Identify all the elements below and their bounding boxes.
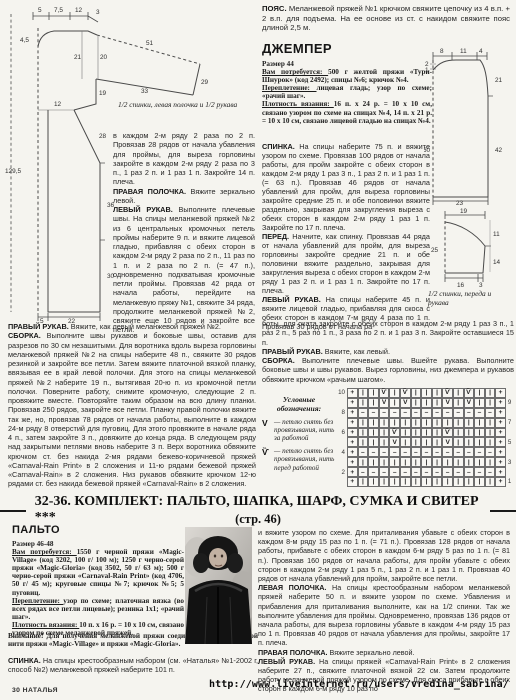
- measure-label: 16: [457, 282, 465, 288]
- paragraph: ПРАВАЯ ПОЛОЧКА. Вяжите зеркально левой.: [113, 187, 255, 206]
- chart-cell: |: [453, 457, 464, 467]
- chart-row-number: 1: [506, 477, 516, 487]
- chart-row-number: 2: [336, 467, 347, 477]
- chart-cell: |: [389, 418, 400, 428]
- chart-row-number: 10: [336, 388, 347, 398]
- requirement-line: Вам потребуется: 1550 г черной пряжи «Ma…: [12, 548, 184, 597]
- chart-cell: +: [347, 418, 358, 428]
- chart-cell: –: [358, 447, 369, 457]
- chart-cell: |: [453, 477, 464, 487]
- chart-cell: |: [411, 457, 422, 467]
- chart-cell: –: [442, 467, 453, 477]
- coat-heading: ПАЛЬТО: [12, 524, 60, 536]
- chart-row-number: 4: [336, 447, 347, 457]
- model-photo: [185, 527, 252, 644]
- chart-cell: –: [389, 408, 400, 418]
- chart-cell: |: [421, 437, 432, 447]
- chart-cell: +: [495, 418, 506, 428]
- chart-cell: –: [400, 447, 411, 457]
- chart-row-number: 3: [506, 457, 516, 467]
- chart-row-number: [506, 408, 516, 418]
- paragraph: и вяжите узором по схеме. Для приталиван…: [258, 528, 510, 583]
- chart-cell: –: [368, 447, 379, 457]
- jumper-diagram-caption: 1/2 спинки, переда и рукава: [428, 290, 510, 308]
- chart-row-number: [336, 477, 347, 487]
- chart-cell: –: [421, 447, 432, 457]
- chart-cell: –: [421, 467, 432, 477]
- chart-cell: Ѷ: [442, 428, 453, 438]
- paragraph: ПРАВАЯ ПОЛОЧКА. Вяжите зеркально левой.: [258, 648, 510, 657]
- page-number: 30 НАТАЛЬЯ: [12, 687, 58, 694]
- chart-cell: –: [389, 447, 400, 457]
- chart-cell: –: [358, 467, 369, 477]
- chart-cell: –: [389, 467, 400, 477]
- chart-cell: |: [400, 418, 411, 428]
- chart-cell: |: [432, 398, 443, 408]
- chart-cell: |: [358, 388, 369, 398]
- measure-label: 19: [99, 90, 107, 97]
- requirement-line: Вам потребуется: 500 г желтой пряжи «Тур…: [262, 68, 432, 84]
- measure-label: 60: [424, 147, 431, 154]
- chart-cell: |: [389, 398, 400, 408]
- chart-cell: |: [400, 477, 411, 487]
- chart-cell: |: [389, 457, 400, 467]
- measure-label: 25: [431, 247, 439, 254]
- chart-cell: –: [485, 408, 496, 418]
- chart-row-number: 8: [336, 408, 347, 418]
- requirement-line: Размер 44: [262, 60, 432, 68]
- chart-row-number: 7: [506, 418, 516, 428]
- measure-label: 28: [99, 133, 107, 140]
- chart-cell: |: [421, 457, 432, 467]
- legend-item: Ѷ — петлю снять без провязывания, нить п…: [262, 447, 336, 472]
- chart-cell: +: [347, 447, 358, 457]
- chart-cell: |: [400, 437, 411, 447]
- chart-cell: |: [453, 437, 464, 447]
- measure-label: 129,5: [5, 168, 21, 175]
- chart-cell: +: [495, 477, 506, 487]
- jumper-body-diagram: 8 11 4 2 1 21 60 42 23: [424, 44, 516, 206]
- chart-row-number: 5: [506, 437, 516, 447]
- measure-label: 19: [460, 208, 468, 215]
- chart-cell: +: [347, 467, 358, 477]
- requirement-line: Переплетение: лицевая гладь; узор по схе…: [262, 84, 432, 100]
- chart-cell: |: [474, 477, 485, 487]
- chart-cell: |: [464, 477, 475, 487]
- chart-cell: –: [368, 467, 379, 477]
- legend-title: Условные обозначения:: [262, 396, 336, 414]
- paragraph: в каждом 2-м ряду 2 раза по 2 п. Провяза…: [113, 131, 255, 187]
- measure-label: 3: [479, 282, 483, 288]
- paragraph: боты, для оката закройте с обеих сторон …: [262, 319, 514, 347]
- chart-cell: Ѷ: [400, 388, 411, 398]
- jumper-heading: ДЖЕМПЕР: [262, 41, 332, 56]
- requirement-line: Плотность вязания: 16 п. х 24 р. = 10 х …: [262, 100, 432, 124]
- chart-cell: V: [379, 398, 390, 408]
- chart-cell: |: [421, 418, 432, 428]
- chart-cell: V: [464, 398, 475, 408]
- chart-cell: |: [368, 388, 379, 398]
- chart-cell: |: [453, 428, 464, 438]
- chart-cell: +: [495, 408, 506, 418]
- chart-cell: –: [368, 408, 379, 418]
- measure-label: 29: [201, 79, 209, 86]
- paragraph: ПОЯС. Меланжевой пряжей №1 крючком свяжи…: [262, 4, 510, 33]
- chart-cell: Ѷ: [389, 428, 400, 438]
- chart-cell: +: [347, 437, 358, 447]
- measure-label: 11: [460, 48, 467, 55]
- chart-cell: –: [411, 408, 422, 418]
- measure-label: 1: [425, 67, 429, 74]
- chart-cell: +: [495, 437, 506, 447]
- chart-cell: |: [464, 428, 475, 438]
- chart-cell: |: [485, 418, 496, 428]
- coat-diagram-caption: 1/2 спинки, левая полочка и 1/2 рукава: [118, 101, 256, 110]
- chart-cell: |: [358, 428, 369, 438]
- jumper-text-narrow-column: СПИНКА. На спицы наберите 75 п. и вяжите…: [262, 142, 430, 331]
- chart-cell: +: [347, 408, 358, 418]
- chart-cell: |: [485, 457, 496, 467]
- chart-cell: |: [368, 457, 379, 467]
- symbol-legend: Условные обозначения: V — петлю снять бе…: [262, 396, 336, 476]
- chart-row-number: 9: [506, 398, 516, 408]
- chart-cell: |: [432, 418, 443, 428]
- chart-cell: V: [442, 437, 453, 447]
- coat-text-wide-column: ПРАВЫЙ РУКАВ. Вяжите, как левый меланжев…: [8, 322, 256, 489]
- chart-cell: –: [453, 447, 464, 457]
- chart-cell: Ѷ: [464, 388, 475, 398]
- slip-stitch-front-icon: Ѷ: [262, 447, 271, 472]
- measure-label: 12: [75, 7, 83, 14]
- chart-cell: +: [347, 398, 358, 408]
- measure-label: 12: [54, 101, 62, 108]
- chart-cell: –: [464, 467, 475, 477]
- chart-cell: |: [474, 418, 485, 428]
- measure-label: 5: [38, 7, 42, 14]
- chart-cell: –: [400, 467, 411, 477]
- chart-cell: –: [400, 408, 411, 418]
- chart-cell: |: [485, 398, 496, 408]
- paragraph: СПИНКА. На спицы крестообразным набором …: [8, 656, 258, 675]
- chart-cell: |: [411, 398, 422, 408]
- legend-item: V — петлю снять без провязывания, нить з…: [262, 418, 336, 443]
- chart-cell: |: [474, 457, 485, 467]
- chart-cell: |: [368, 398, 379, 408]
- chart-cell: –: [421, 408, 432, 418]
- legend-item-text: — петлю снять без провязывания, нить за …: [274, 418, 336, 443]
- chart-cell: –: [485, 447, 496, 457]
- coat-text-right-column: и вяжите узором по схеме. Для приталиван…: [258, 528, 510, 694]
- chart-cell: –: [379, 467, 390, 477]
- chart-cell: |: [421, 428, 432, 438]
- chart-cell: Ѷ: [379, 388, 390, 398]
- chart-row-number: [336, 398, 347, 408]
- chart-cell: |: [485, 388, 496, 398]
- paragraph: СБОРКА. Выполните швы рукавов и боковые …: [8, 331, 256, 488]
- chart-cell: |: [389, 477, 400, 487]
- chart-row-number: [506, 388, 516, 398]
- measure-label: 42: [495, 147, 503, 154]
- chart-cell: |: [442, 418, 453, 428]
- measure-label: 7,5: [54, 7, 63, 14]
- chart-cell: |: [474, 428, 485, 438]
- chart-cell: –: [411, 467, 422, 477]
- watermark-url: http://www.liveinternet.ru/users/vredina…: [209, 679, 509, 690]
- chart-cell: |: [411, 437, 422, 447]
- chart-row-number: [506, 467, 516, 477]
- chart-cell: –: [485, 467, 496, 477]
- chart-cell: |: [358, 418, 369, 428]
- measure-label: 11: [493, 231, 500, 238]
- jumper-requirements: Размер 44Вам потребуется: 500 г желтой п…: [262, 60, 432, 125]
- chart-cell: |: [358, 477, 369, 487]
- chart-cell: |: [368, 437, 379, 447]
- chart-cell: |: [453, 418, 464, 428]
- chart-cell: |: [368, 418, 379, 428]
- chart-cell: |: [464, 418, 475, 428]
- chart-cell: –: [411, 447, 422, 457]
- chart-cell: –: [432, 447, 443, 457]
- chart-cell: +: [495, 457, 506, 467]
- chart-cell: |: [432, 457, 443, 467]
- paragraph: ЛЕВЫЙ РУКАВ. Выполните плечевые швы. На …: [113, 205, 255, 335]
- chart-cell: |: [421, 398, 432, 408]
- measure-label: 8: [440, 48, 444, 55]
- chart-cell: –: [464, 408, 475, 418]
- chart-cell: V: [400, 398, 411, 408]
- chart-cell: |: [453, 398, 464, 408]
- slip-stitch-behind-icon: V: [262, 418, 271, 443]
- chart-cell: |: [453, 388, 464, 398]
- chart-cell: –: [464, 447, 475, 457]
- coat-text-narrow-column: в каждом 2-м ряду 2 раза по 2 п. Провяза…: [113, 131, 255, 335]
- chart-cell: |: [358, 398, 369, 408]
- chart-cell: +: [347, 388, 358, 398]
- paragraph: ПРАВЫЙ РУКАВ. Вяжите, как левый меланжев…: [8, 322, 256, 331]
- jumper-text-wide-column: боты, для оката закройте с обеих сторон …: [262, 319, 514, 384]
- chart-cell: |: [358, 437, 369, 447]
- chart-cell: |: [411, 428, 422, 438]
- chart-cell: –: [442, 447, 453, 457]
- chart-row-number: [506, 447, 516, 457]
- chart-cell: |: [432, 477, 443, 487]
- chart-cell: |: [432, 437, 443, 447]
- chart-cell: –: [442, 408, 453, 418]
- chart-cell: –: [432, 408, 443, 418]
- chart-cell: |: [389, 388, 400, 398]
- measure-label: 23: [456, 200, 464, 206]
- chart-cell: –: [453, 467, 464, 477]
- chart-cell: |: [411, 388, 422, 398]
- chart-cell: |: [379, 437, 390, 447]
- measure-label: 21: [495, 77, 503, 84]
- chart-cell: +: [495, 428, 506, 438]
- chart-cell: |: [368, 428, 379, 438]
- chart-cell: +: [347, 428, 358, 438]
- chart-cell: –: [453, 408, 464, 418]
- measure-label: 33: [141, 88, 149, 95]
- belt-paragraph: ПОЯС. Меланжевой пряжей №1 крючком свяжи…: [262, 4, 510, 33]
- chart-cell: Ѷ: [442, 388, 453, 398]
- chart-cell: –: [379, 408, 390, 418]
- measure-label: 3: [96, 9, 100, 16]
- measure-label: 51: [146, 40, 154, 47]
- chart-row-number: [336, 418, 347, 428]
- chart-row-number: [336, 437, 347, 447]
- chart-cell: +: [347, 477, 358, 487]
- chart-cell: V: [442, 398, 453, 408]
- chart-cell: |: [432, 428, 443, 438]
- chart-cell: |: [474, 388, 485, 398]
- chart-cell: –: [474, 467, 485, 477]
- chart-cell: |: [474, 398, 485, 408]
- legend-item-text: — петлю снять без провязывания, нить пер…: [274, 447, 336, 472]
- chart-cell: |: [432, 388, 443, 398]
- magazine-page: 5 7,5 12 3 4,5 51 21 20 29 19 33 12 28 1…: [0, 0, 516, 700]
- paragraph: ПРАВЫЙ РУКАВ. Вяжите, как левый.: [262, 347, 514, 356]
- paragraph: ЛЕВАЯ ПОЛОЧКА. На спицы крестообразным н…: [258, 583, 510, 647]
- chart-cell: +: [495, 388, 506, 398]
- chart-cell: |: [400, 428, 411, 438]
- chart-cell: +: [495, 398, 506, 408]
- chart-cell: |: [411, 418, 422, 428]
- chart-cell: |: [411, 477, 422, 487]
- chart-cell: –: [474, 408, 485, 418]
- chart-row-number: [506, 428, 516, 438]
- measure-label: 21: [74, 54, 82, 61]
- chart-cell: |: [358, 457, 369, 467]
- chart-cell: –: [379, 447, 390, 457]
- chart-cell: +: [495, 447, 506, 457]
- chart-cell: –: [474, 447, 485, 457]
- chart-cell: |: [379, 457, 390, 467]
- jumper-sleeve-diagram: 19 25 11 14 16 3: [424, 208, 516, 288]
- paragraph: ПЕРЕД. Начните, как спинку. Провязав 44 …: [262, 232, 430, 295]
- chart-cell: |: [485, 428, 496, 438]
- chart-cell: |: [464, 437, 475, 447]
- chart-row-number: 6: [336, 428, 347, 438]
- section-subtitle: (стр. 46): [0, 512, 516, 527]
- chart-cell: |: [368, 477, 379, 487]
- chart-cell: |: [379, 477, 390, 487]
- measure-label: 20: [100, 54, 108, 61]
- chart-cell: |: [442, 457, 453, 467]
- chart-row-number: [336, 457, 347, 467]
- chart-cell: |: [421, 477, 432, 487]
- chart-cell: –: [432, 467, 443, 477]
- chart-cell: –: [358, 408, 369, 418]
- chart-cell: |: [474, 437, 485, 447]
- measure-label: 4,5: [20, 37, 29, 44]
- chart-cell: |: [442, 477, 453, 487]
- chart-cell: +: [347, 457, 358, 467]
- chart-cell: |: [485, 477, 496, 487]
- chart-cell: V: [389, 437, 400, 447]
- requirement-line: Переплетение: узор по схеме; платочная в…: [12, 597, 184, 621]
- chart-cell: |: [485, 437, 496, 447]
- chart-cell: |: [379, 418, 390, 428]
- measure-label: 4: [479, 48, 483, 55]
- requirement-line: Размер 46-48: [12, 540, 184, 548]
- chart-cell: |: [400, 457, 411, 467]
- chart-cell: |: [379, 428, 390, 438]
- chart-cell: +: [495, 467, 506, 477]
- paragraph: СБОРКА. Выполните плечевые швы. Вшейте р…: [262, 356, 514, 384]
- paragraph: СПИНКА. На спицы наберите 75 п. и вяжите…: [262, 142, 430, 232]
- coat-requirements: Размер 46-48Вам потребуется: 1550 г черн…: [12, 540, 184, 637]
- chart-cell: |: [421, 388, 432, 398]
- coat-back-paragraph: СПИНКА. На спицы крестообразным набором …: [8, 656, 258, 675]
- chart-cell: |: [464, 457, 475, 467]
- measure-label: 14: [493, 259, 501, 266]
- knit-chart: 10+||Ѷ|Ѷ|||Ѷ|Ѷ||++||V|V|||V|V||+98+–––––…: [336, 388, 516, 487]
